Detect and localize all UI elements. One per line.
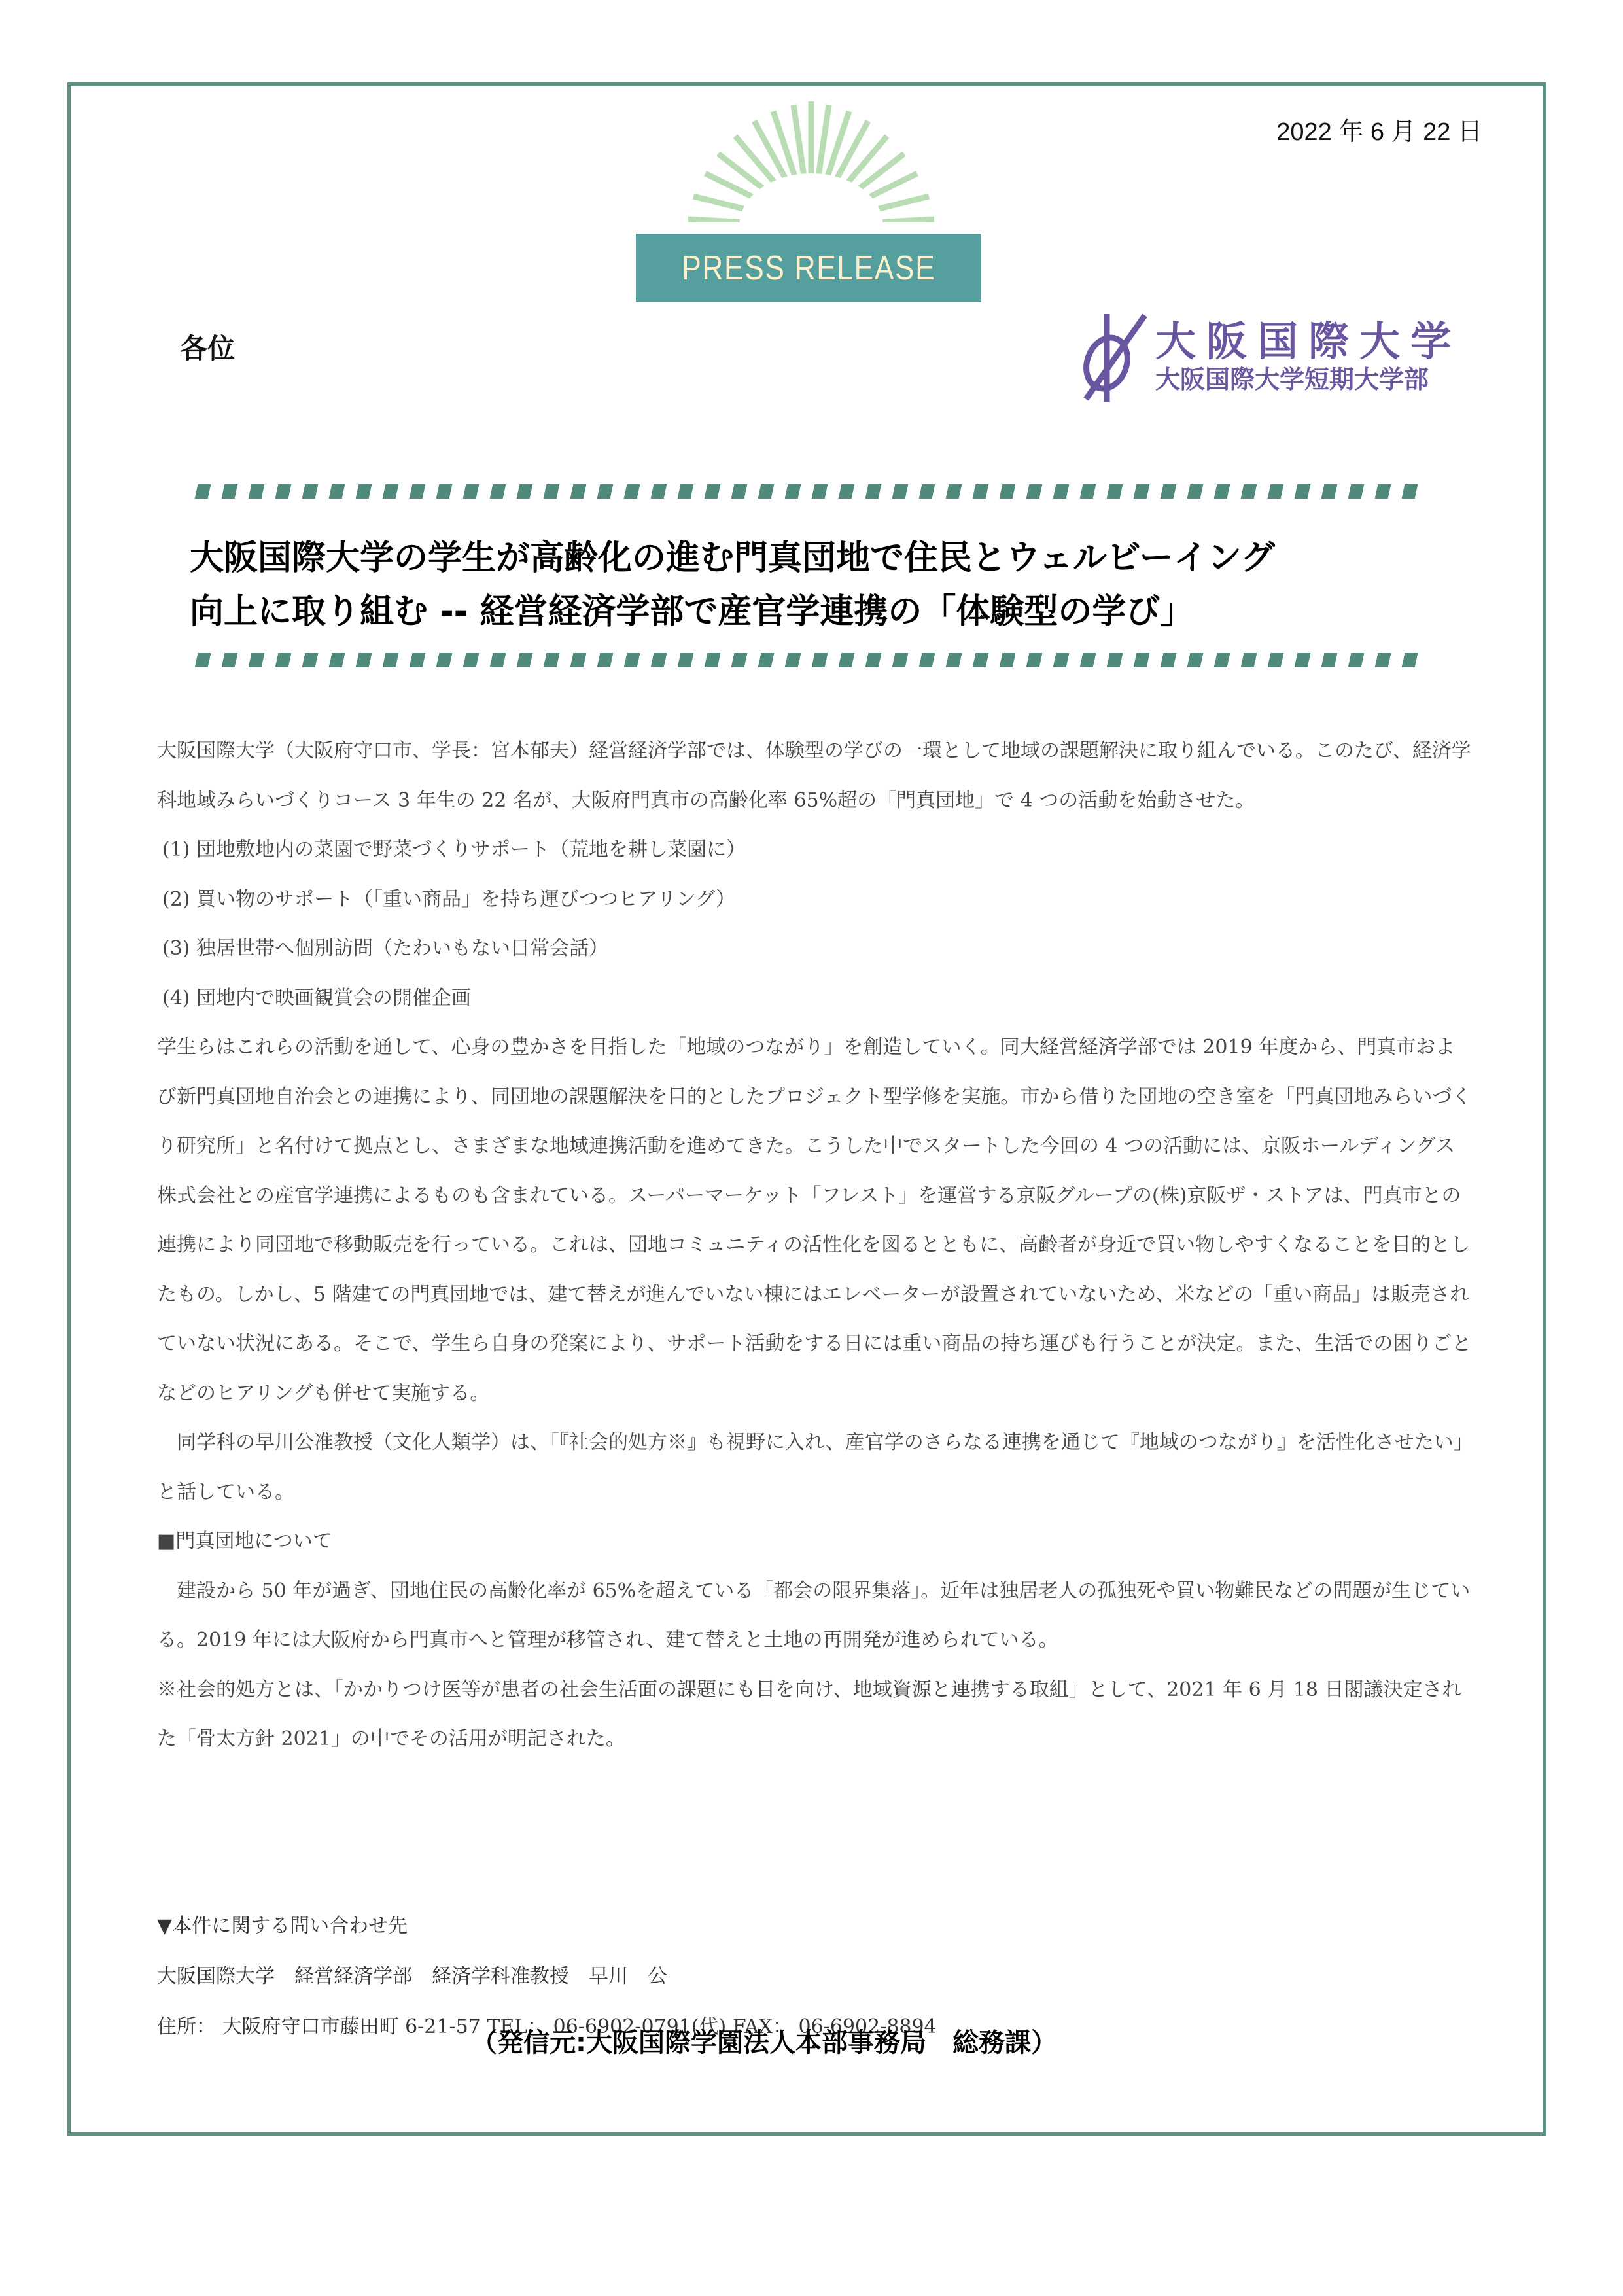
headline: 大阪国際大学の学生が高齢化の進む門真団地で住民とウェルビーイング 向上に取り組む… xyxy=(190,531,1472,639)
section-heading: ■門真団地について xyxy=(157,1517,1472,1566)
sunburst-decoration-icon xyxy=(563,92,1060,222)
activity-item-1: (1) 団地敷地内の菜園で野菜づくりサポート（荒地を耕し菜園に） xyxy=(157,825,1472,875)
headline-line-1: 大阪国際大学の学生が高齢化の進む門真団地で住民とウェルビーイング xyxy=(190,531,1472,585)
release-date: 2022 年 6 月 22 日 xyxy=(1276,111,1482,147)
footnote: ※社会的処方とは、「かかりつけ医等が患者の社会生活面の課題にも目を向け、地域資源… xyxy=(157,1665,1472,1764)
salutation: 各位 xyxy=(180,327,235,366)
university-logo: 大阪国際大学 大阪国際大学短期大学部 xyxy=(1073,308,1492,406)
dashed-divider-top xyxy=(195,484,1422,499)
contact-heading: ▼本件に関する問い合わせ先 xyxy=(157,1901,1472,1951)
press-release-badge: PRESS RELEASE xyxy=(636,234,981,302)
background-paragraph: 学生らはこれらの活動を通して、心身の豊かさを目指した「地域のつながり」を創造して… xyxy=(157,1023,1472,1418)
headline-line-2: 向上に取り組む -- 経営経済学部で産官学連携の「体験型の学び」 xyxy=(190,585,1472,639)
intro-paragraph: 大阪国際大学（大阪府守口市、学長：宮本郁夫）経営経済学部では、体験型の学びの一環… xyxy=(157,726,1472,825)
article-body: 大阪国際大学（大阪府守口市、学長：宮本郁夫）経営経済学部では、体験型の学びの一環… xyxy=(157,726,1472,1764)
activity-item-4: (4) 団地内で映画観賞会の開催企画 xyxy=(157,974,1472,1023)
quote-paragraph: 同学科の早川公准教授（文化人類学）は、「『社会的処方※』も視野に入れ、産官学のさ… xyxy=(157,1418,1472,1517)
press-release-label: PRESS RELEASE xyxy=(682,249,935,288)
university-emblem-icon xyxy=(1073,308,1151,406)
dashed-divider-bottom xyxy=(195,653,1422,667)
activity-item-3: (3) 独居世帯へ個別訪問（たわいもない日常会話） xyxy=(157,924,1472,974)
logo-junior-college-name: 大阪国際大学短期大学部 xyxy=(1155,364,1461,395)
danchi-paragraph: 建設から 50 年が過ぎ、団地住民の高齢化率が 65%を超えている「都会の限界集… xyxy=(157,1566,1472,1665)
issuer-line: （発信元:大阪国際学園法人本部事務局 総務課） xyxy=(471,2022,1057,2059)
contact-person: 大阪国際大学 経営経済学部 経済学科准教授 早川 公 xyxy=(157,1951,1472,2002)
activity-item-2: (2) 買い物のサポート（「重い商品」を持ち運びつつヒアリング） xyxy=(157,875,1472,925)
logo-university-name: 大阪国際大学 xyxy=(1155,319,1461,364)
